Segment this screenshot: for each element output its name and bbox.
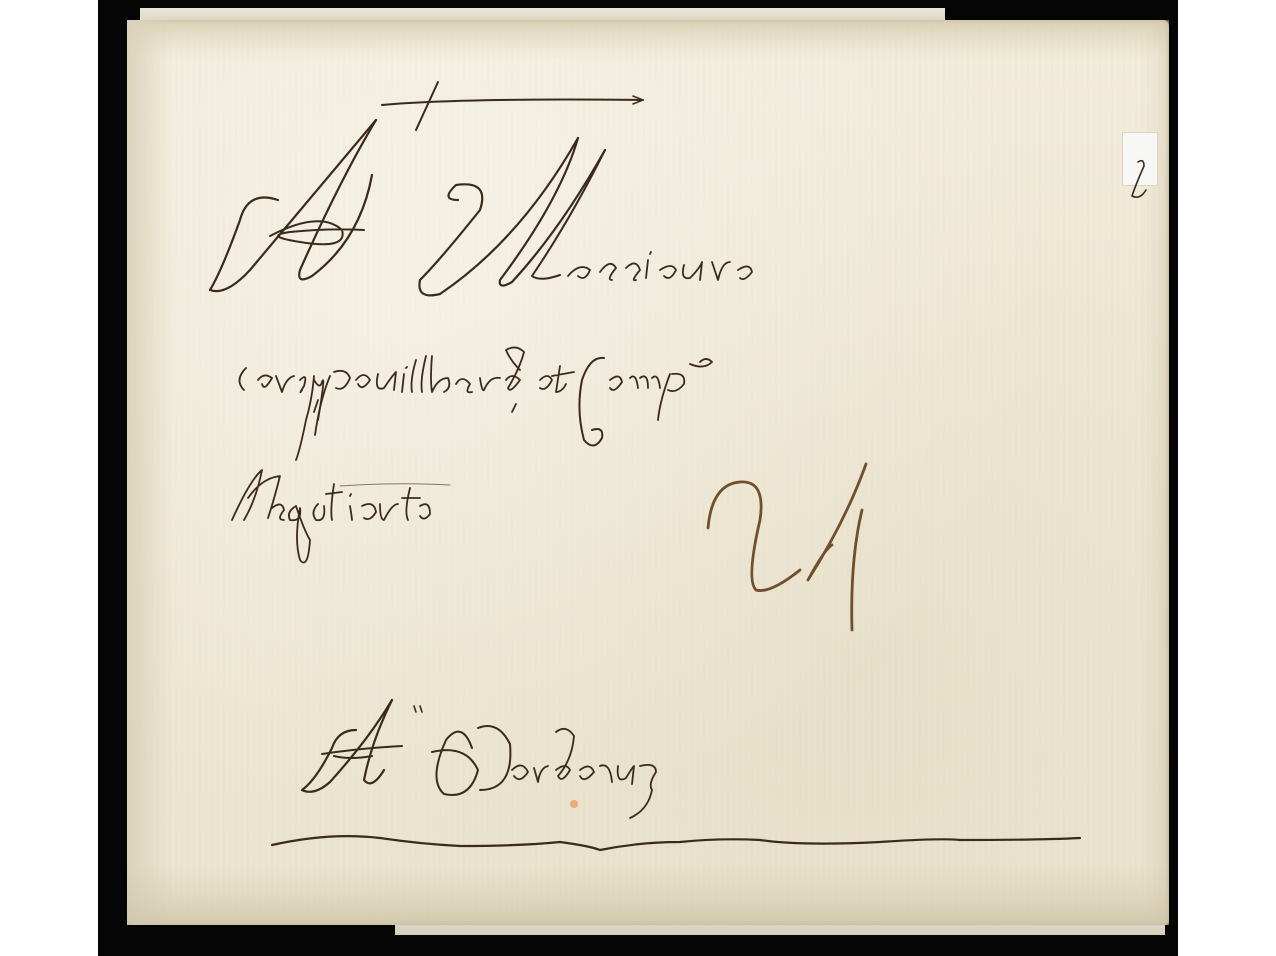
handwriting-Negotiants [232, 470, 450, 563]
handwriting-A-Bordeaux [302, 700, 656, 818]
handwriting-layer [0, 0, 1276, 956]
cross-mark [382, 82, 643, 130]
handwriting-A [210, 120, 376, 291]
underline-flourish [272, 836, 1080, 850]
handwriting-firm-name [239, 347, 712, 460]
rate-marking-24 [708, 464, 866, 630]
seal-window-mark [1132, 161, 1146, 197]
handwriting-Messieurs [419, 138, 752, 295]
